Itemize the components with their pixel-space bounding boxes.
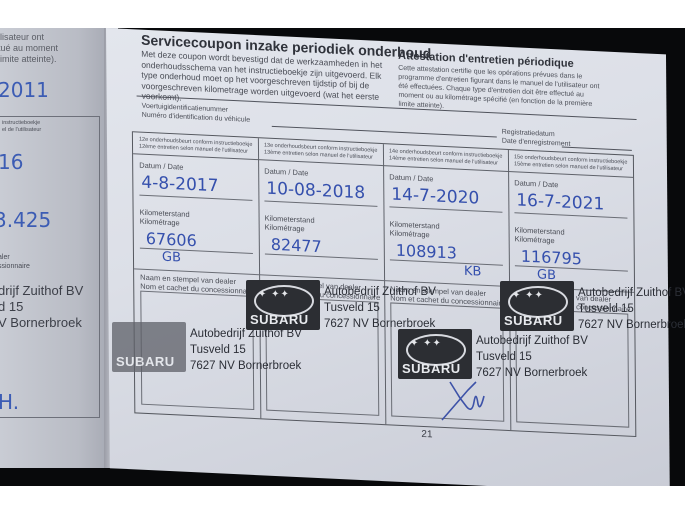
stamp-street: Tusveld 15 <box>578 301 685 317</box>
subaru-logo-icon: ✦ ✦✦ SUBARU <box>398 329 472 379</box>
logo-stars: ✦ ✦✦ <box>258 289 290 300</box>
stamp-brand: SUBARU <box>402 361 461 376</box>
left-dealer-label-line: ssionnaire <box>0 262 30 271</box>
left-text-line: ilisateur ont <box>0 32 58 43</box>
left-dealer-stamp: drijf Zuithof BV d 15 V Bornerbroek <box>0 283 83 331</box>
left-dealer-label: aler ssionnaire <box>0 253 30 271</box>
left-header-line: instructieboekje <box>2 120 41 127</box>
entry-initials: KB <box>464 264 482 280</box>
left-dealer-label-line: aler <box>0 253 30 262</box>
km-label: Kilometerstand Kilométrage <box>265 213 315 233</box>
left-stamp-line: drijf Zuithof BV <box>0 283 83 299</box>
entry-date: 10-08-2018 <box>266 179 365 204</box>
left-page-text: ilisateur ont tué au moment limite attei… <box>0 32 58 65</box>
stamp-brand: SUBARU <box>250 312 309 327</box>
page-number: 21 <box>421 429 432 441</box>
entry-date: 16-7-2021 <box>516 190 604 214</box>
entry-km: 82477 <box>271 235 322 256</box>
left-text-line: limite atteinte). <box>0 54 58 65</box>
entry-header: 14e onderhoudsbeurt conform instructiebo… <box>383 144 508 172</box>
left-handwritten-km: 3.425 <box>0 208 51 232</box>
date-line <box>139 195 252 201</box>
stamp-dealer-name: Autobedrijf Zuithof BV <box>578 285 685 301</box>
entry-header: 12e onderhoudsbeurt conform instructiebo… <box>133 132 258 160</box>
date-label: Datum / Date <box>514 178 558 189</box>
date-label: Datum / Date <box>264 166 308 177</box>
registration-field-line <box>562 147 632 151</box>
subaru-logo-icon: ✦ ✦✦ SUBARU <box>500 281 574 331</box>
vin-label: Voertuigidentificatienummer Numéro d'ide… <box>142 102 250 125</box>
left-stamp-line: V Bornerbroek <box>0 315 83 331</box>
booklet-photo: ilisateur ont tué au moment limite attei… <box>0 28 685 486</box>
date-label: Datum / Date <box>139 161 183 172</box>
bottom-margin <box>0 486 685 514</box>
left-handwritten-initials: H. <box>0 390 19 414</box>
left-header-line: el de l'utilisateur <box>2 127 41 134</box>
registration-label: Registratiedatum Date d'enregistrement <box>502 128 571 149</box>
entry-header: 13e onderhoudsbeurt conform instructiebo… <box>258 138 383 166</box>
stamp-brand: SUBARU <box>504 313 563 328</box>
stamp-address: Autobedrijf Zuithof BV Tusveld 15 7627 N… <box>578 285 685 333</box>
stamp-address: Autobedrijf Zuithof BV Tusveld 15 7627 N… <box>324 284 436 332</box>
entry-date: 4-8-2017 <box>141 173 218 197</box>
subaru-logo-icon: ✦ ✦✦ SUBARU <box>246 280 320 330</box>
date-label: Datum / Date <box>389 172 433 183</box>
left-handwritten-date2: 16 <box>0 150 23 174</box>
stamp-street: Tusveld 15 <box>476 349 588 365</box>
km-label: Kilometerstand Kilométrage <box>390 219 440 239</box>
stamp-city: 7627 NV Bornerbroek <box>190 358 302 374</box>
vin-field-line <box>272 126 497 138</box>
entry-date: 14-7-2020 <box>391 184 479 208</box>
stamp-street: Tusveld 15 <box>190 342 302 358</box>
date-line <box>514 212 627 218</box>
stamp-brand: SUBARU <box>116 354 175 369</box>
entry-initials: GB <box>162 250 181 266</box>
date-line <box>389 206 502 212</box>
stamp-address: Autobedrijf Zuithof BV Tusveld 15 7627 N… <box>476 333 588 381</box>
km-label: Kilometerstand Kilométrage <box>140 208 190 228</box>
logo-stars: ✦ ✦✦ <box>410 338 442 349</box>
left-handwritten-date: 2011 <box>0 78 49 102</box>
service-entry: 12e onderhoudsbeurt conform instructiebo… <box>133 132 261 418</box>
left-column-header: instructieboekje el de l'utilisateur <box>2 120 41 134</box>
registration-label-fr: Date d'enregistrement <box>502 137 571 149</box>
signature-icon <box>438 376 488 426</box>
subaru-logo-icon: SUBARU <box>112 322 186 372</box>
stamp-city: 7627 NV Bornerbroek <box>476 365 588 381</box>
stamp-city: 7627 NV Bornerbroek <box>578 317 685 333</box>
left-page: ilisateur ont tué au moment limite attei… <box>0 28 112 468</box>
service-coupon-page: Servicecoupon inzake periodiek onderhoud… <box>106 28 670 486</box>
left-stamp-line: d 15 <box>0 299 83 315</box>
entry-header: 15e onderhoudsbeurt conform instructiebo… <box>508 150 633 178</box>
stamp-dealer-name: Autobedrijf Zuithof BV <box>324 284 436 300</box>
left-text-line: tué au moment <box>0 43 58 54</box>
stamp-dealer-name: Autobedrijf Zuithof BV <box>476 333 588 349</box>
stamp-address: Autobedrijf Zuithof BV Tusveld 15 7627 N… <box>190 326 302 374</box>
entry-km: 67606 <box>146 229 197 250</box>
km-label: Kilometerstand Kilométrage <box>515 225 565 245</box>
description-fr: Cette attestation certifie que les opéra… <box>398 64 608 119</box>
stamp-street: Tusveld 15 <box>324 300 436 316</box>
logo-stars: ✦ ✦✦ <box>512 290 544 301</box>
